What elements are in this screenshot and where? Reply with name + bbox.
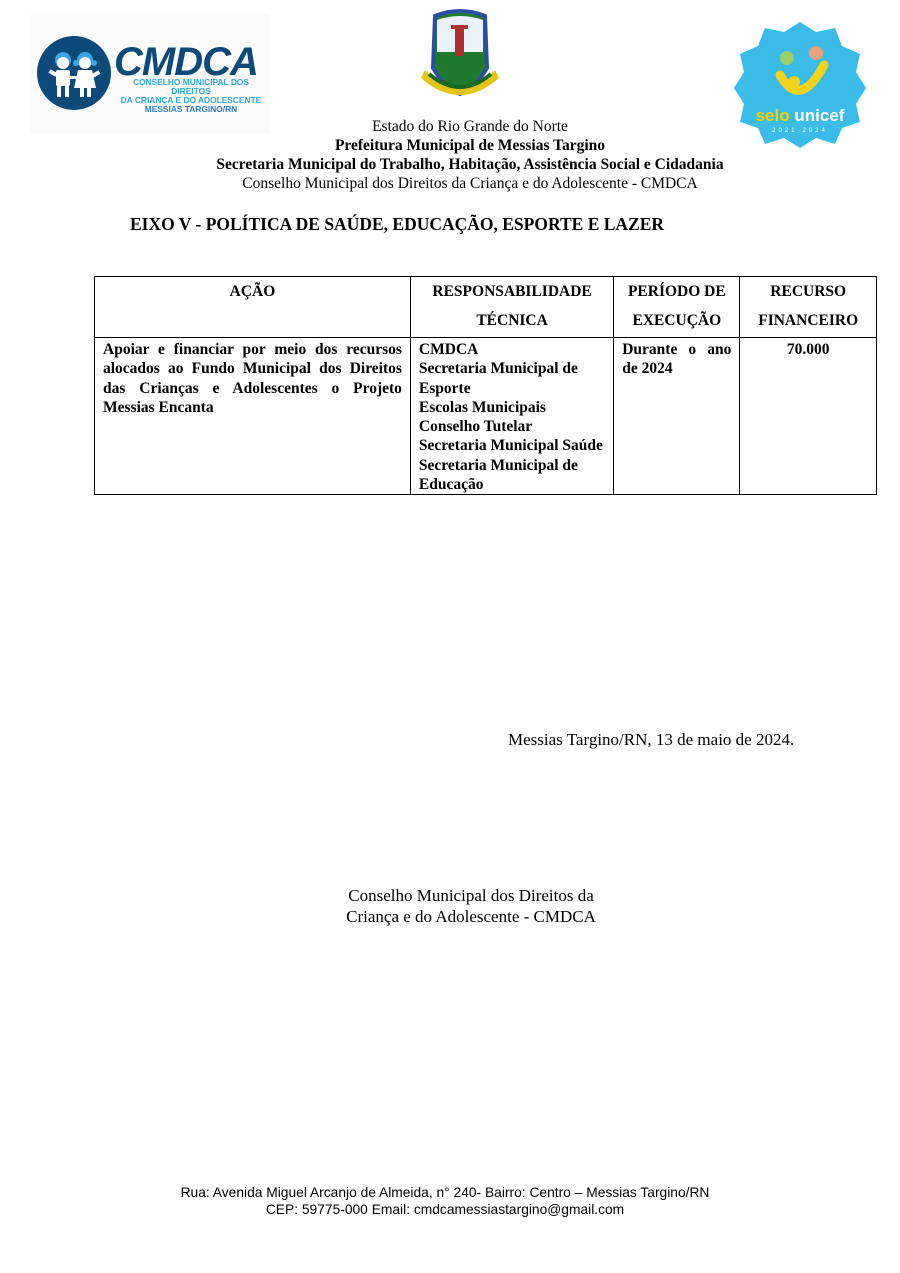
children-icon	[37, 36, 111, 110]
responsavel: Secretaria Municipal de Educação	[419, 456, 605, 495]
signature-block: Conselho Municipal dos Direitos da Crian…	[0, 885, 900, 927]
header-recurso: RECURSOFINANCEIRO	[740, 277, 877, 338]
cell-recurso: 70.000	[740, 338, 877, 495]
municipal-crest-icon	[415, 8, 505, 106]
header-state: Estado do Rio Grande do Norte	[0, 117, 900, 136]
cmdca-logo: CMDCA CONSELHO MUNICIPAL DOS DIREITOS DA…	[30, 14, 270, 134]
cell-acao: Apoiar e financiar por meio dos recursos…	[95, 338, 411, 495]
header-periodo: PERÍODO DEEXECUÇÃO	[614, 277, 740, 338]
table-header-row: AÇÃO RESPONSABILIDADETÉCNICA PERÍODO DEE…	[95, 277, 877, 338]
responsavel: Escolas Municipais	[419, 398, 605, 417]
table-row: Apoiar e financiar por meio dos recursos…	[95, 338, 877, 495]
header-responsabilidade: RESPONSABILIDADETÉCNICA	[410, 277, 613, 338]
cmdca-subtitle-line1: CONSELHO MUNICIPAL DOS DIREITOS	[116, 78, 266, 96]
footer-contact: CEP: 59775-000 Email: cmdcamessiastargin…	[0, 1201, 890, 1218]
footer-address: Rua: Avenida Miguel Arcanjo de Almeida, …	[0, 1184, 890, 1201]
header-acao: AÇÃO	[95, 277, 411, 338]
action-plan-table: AÇÃO RESPONSABILIDADETÉCNICA PERÍODO DEE…	[94, 276, 877, 495]
signature-line2: Criança e do Adolescente - CMDCA	[0, 906, 900, 927]
signature-line1: Conselho Municipal dos Direitos da	[0, 885, 900, 906]
header-prefeitura: Prefeitura Municipal de Messias Targino	[0, 136, 900, 155]
header-conselho: Conselho Municipal dos Direitos da Crian…	[0, 174, 900, 193]
document-header: Estado do Rio Grande do Norte Prefeitura…	[0, 117, 900, 193]
document-footer: Rua: Avenida Miguel Arcanjo de Almeida, …	[0, 1184, 890, 1218]
responsavel: Secretaria Municipal Saúde	[419, 436, 605, 455]
date-line: Messias Targino/RN, 13 de maio de 2024.	[508, 730, 794, 750]
responsavel: CMDCA	[419, 340, 605, 359]
header-secretaria: Secretaria Municipal do Trabalho, Habita…	[0, 155, 900, 174]
responsavel: Secretaria Municipal de Esporte	[419, 359, 605, 398]
cell-periodo: Durante o ano de 2024	[614, 338, 740, 495]
cell-responsabilidade: CMDCA Secretaria Municipal de Esporte Es…	[410, 338, 613, 495]
section-title: EIXO V - POLÍTICA DE SAÚDE, EDUCAÇÃO, ES…	[130, 214, 664, 235]
responsavel: Conselho Tutelar	[419, 417, 605, 436]
cmdca-subtitle: CONSELHO MUNICIPAL DOS DIREITOS DA CRIAN…	[116, 78, 266, 114]
cmdca-subtitle-line3: MESSIAS TARGINO/RN	[116, 105, 266, 114]
